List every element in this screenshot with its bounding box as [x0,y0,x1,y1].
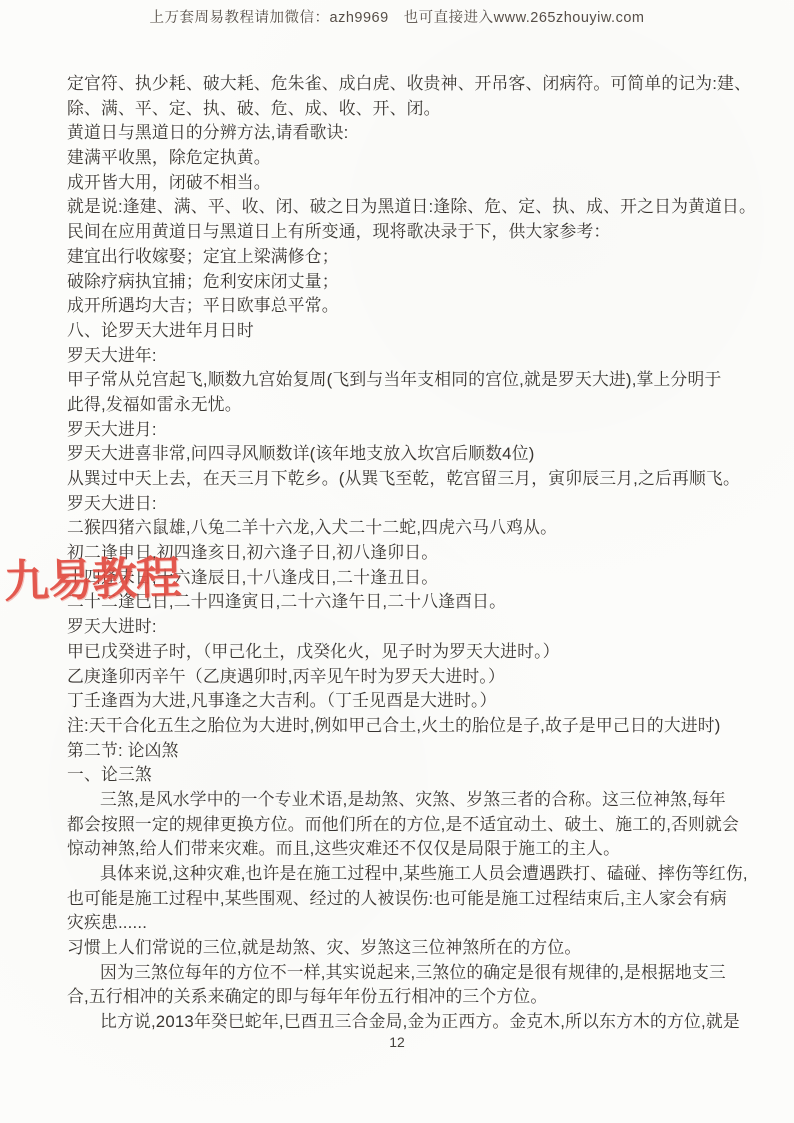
text-line: 合,五行相冲的关系来确定的即与每年年份五行相冲的三个方位。 [67,985,749,1010]
promo-header-text: 上万套周易教程请加微信：azh9969 也可直接进入www.265zhouyiw… [0,6,794,27]
text-line: 民间在应用黄道日与黑道日上有所变通，现将歌决录于下，供大家参考： [67,220,749,245]
text-line: 初二逢申日,初四逢亥日,初六逢子日,初八逢卯日。 [67,541,749,566]
text-line: 定官符、执少耗、破大耗、危朱雀、成白虎、收贵神、开吊客、闭病符。可简单的记为:建… [67,72,749,97]
text-line: 罗天大进喜非常,问四寻风顺数详(该年地支放入坎宫后顺数4位) [67,442,749,467]
page-number: 12 [0,1034,794,1050]
text-line: 破除疗病执宜捕；危利安床闭丈量； [67,270,749,295]
text-line: 罗天大进月: [67,418,749,443]
text-line: 注:天干合化五生之胎位为大进时,例如甲己合土,火土的胎位是子,故子是甲己日的大进… [67,714,749,739]
text-line: 甲已戊癸进子时，（甲己化土，戊癸化火，见子时为罗天大进时。） [67,640,749,665]
document-body-text: 定官符、执少耗、破大耗、危朱雀、成白虎、收贵神、开吊客、闭病符。可简单的记为:建… [67,72,749,1035]
text-line: 乙庚逢卯丙辛午（乙庚遇卯时,丙辛见午时为罗天大进时。） [67,665,749,690]
text-line: 从巽过中天上去，在天三月下乾乡。(从巽飞至乾，乾宫留三月，寅卯辰三月,之后再顺飞… [67,467,749,492]
text-line: 惊动神煞,给人们带来灾难。而且,这些灾难还不仅仅是局限于施工的主人。 [67,837,749,862]
text-line: 灾疾患...... [67,911,749,936]
text-line: 甲子常从兑宫起飞,顺数九宫始复周(飞到与当年支相同的宫位,就是罗天大进),掌上分… [67,368,749,393]
text-line: 都会按照一定的规律更换方位。而他们所在的方位,是不适宜动土、破土、施工的,否则就… [67,813,749,838]
text-line: 成开皆大用，闭破不相当。 [67,171,749,196]
text-line: 比方说,2013年癸巳蛇年,巳酉丑三合金局,金为正西方。金克木,所以东方木的方位… [67,1010,749,1035]
text-line: 就是说:逢建、满、平、收、闭、破之日为黑道日:逢除、危、定、执、成、开之日为黄道… [67,195,749,220]
text-line: 此得,发福如雷永无忧。 [67,393,749,418]
text-line: 三煞,是风水学中的一个专业术语,是劫煞、灾煞、岁煞三者的合称。这三位神煞,每年 [67,788,749,813]
text-line: 二十二逢巳日,二十四逢寅日,二十六逢午日,二十八逢酉日。 [67,590,749,615]
text-line: 八、论罗天大进年月日时 [67,319,749,344]
text-line: 一、论三煞 [67,763,749,788]
text-line: 也可能是施工过程中,某些围观、经过的人被误伤:也可能是施工过程结束后,主人家会有… [67,887,749,912]
text-line: 二猴四猪六鼠雄,八兔二羊十六龙,入犬二十二蛇,四虎六马八鸡从。 [67,516,749,541]
text-line: 成开所遇均大吉；平日欧事总平常。 [67,294,749,319]
text-line: 具体来说,这种灾难,也许是在施工过程中,某些施工人员会遭遇跌打、磕碰、摔伤等红伤… [67,862,749,887]
text-line: 第二节: 论凶煞 [67,739,749,764]
text-line: 除、满、平、定、执、破、危、成、收、开、闭。 [67,97,749,122]
text-line: 罗天大进日: [67,492,749,517]
text-line: 十四逢未日,十六逢辰日,十八逢戌日,二十逢丑日。 [67,566,749,591]
text-line: 丁壬逢酉为大进,凡事逢之大吉利。（丁壬见酉是大进时。） [67,689,749,714]
text-line: 习惯上人们常说的三位,就是劫煞、灾、岁煞这三位神煞所在的方位。 [67,936,749,961]
text-line: 罗天大进时: [67,615,749,640]
text-line: 黄道日与黑道日的分辨方法,请看歌诀: [67,121,749,146]
text-line: 建宜出行收嫁娶；定宜上梁满修仓； [67,245,749,270]
text-line: 因为三煞位每年的方位不一样,其实说起来,三煞位的确定是很有规律的,是根据地支三 [67,961,749,986]
text-line: 罗天大进年: [67,344,749,369]
scanned-document-page: 上万套周易教程请加微信：azh9969 也可直接进入www.265zhouyiw… [0,0,794,1123]
text-line: 建满平收黑，除危定执黄。 [67,146,749,171]
